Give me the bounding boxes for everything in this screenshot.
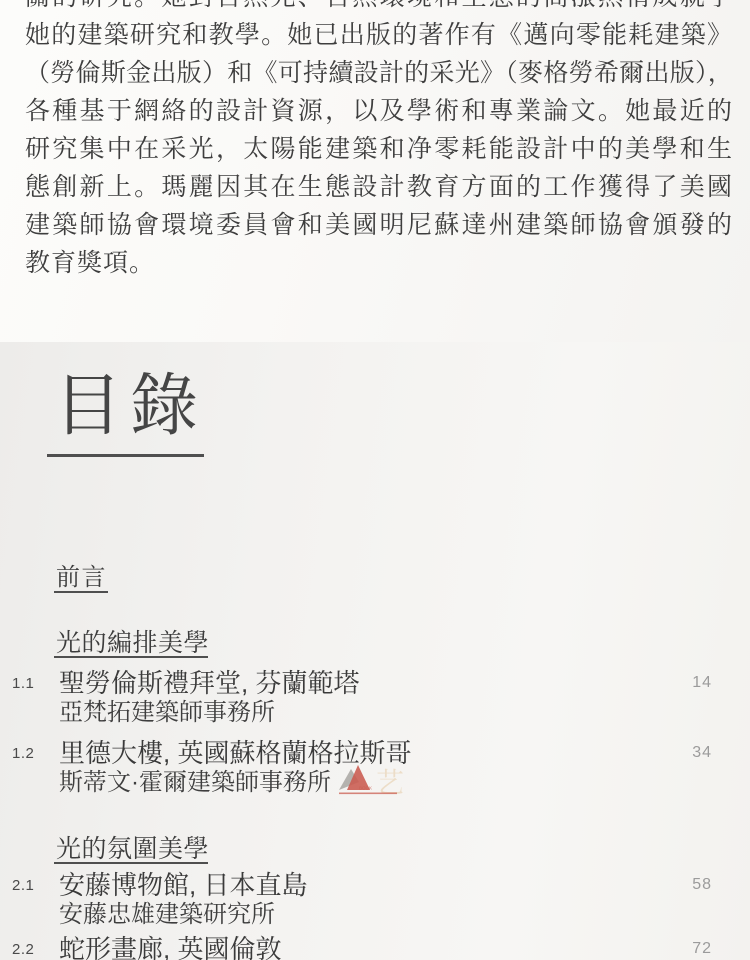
- toc-entry: 2.1 安藤博物館, 日本直島 58 安藤忠雄建築研究所: [12, 870, 712, 930]
- toc-entry-page: 58: [692, 870, 712, 900]
- toc-section: 目錄 前言 光的編排美學 1.1 聖勞倫斯禮拜堂, 芬蘭範塔 14 亞梵拓建築師…: [0, 342, 750, 960]
- toc-section-heading-underline: [54, 862, 208, 864]
- toc-section-heading: 光的氛圍美學: [56, 829, 209, 865]
- watermark-logo-label: BOOK: [359, 786, 372, 791]
- intro-paragraph: 關的研究。她對自然光、自然環境和生態的高漲熱情成就了 她的建築研究和教學。她已出…: [25, 0, 732, 282]
- toc-entry-page: 72: [692, 934, 712, 960]
- toc-preface-underline: [54, 591, 108, 593]
- toc-entry-subtitle: 安藤忠雄建築研究所: [59, 900, 692, 930]
- intro-line: 態創新上。瑪麗因其在生態設計教育方面的工作獲得了美國: [25, 168, 732, 206]
- toc-entry-number: 2.1: [12, 870, 59, 900]
- toc-entry-subtitle: 亞梵拓建築師事務所: [59, 698, 692, 728]
- intro-line: （勞倫斯金出版）和《可持續設計的采光》（麥格勞希爾出版），: [25, 54, 732, 92]
- intro-section: 關的研究。她對自然光、自然環境和生態的高漲熱情成就了 她的建築研究和教學。她已出…: [0, 0, 750, 342]
- toc-title-underline: [47, 454, 204, 457]
- toc-section-heading: 光的編排美學: [56, 623, 209, 659]
- toc-preface: 前言: [56, 557, 107, 592]
- toc-entry-page: 34: [692, 738, 712, 768]
- toc-section-heading-underline: [54, 656, 208, 658]
- toc-entry: 1.1 聖勞倫斯禮拜堂, 芬蘭範塔 14 亞梵拓建築師事務所: [12, 668, 712, 728]
- toc-entry-page: 14: [692, 668, 712, 698]
- toc-entry-number: 1.2: [12, 738, 59, 768]
- intro-line: 教育獎項。: [25, 244, 732, 282]
- toc-entry: 2.2 蛇形畫廊, 英國倫敦 72: [12, 934, 712, 960]
- watermark-underline: [339, 793, 397, 795]
- intro-line: 各種基于網絡的設計資源，以及學術和專業論文。她最近的: [25, 92, 732, 130]
- intro-line: 關的研究。她對自然光、自然環境和生態的高漲熱情成就了: [25, 0, 732, 16]
- intro-line: 建築師協會環境委員會和美國明尼蘇達州建築師協會頒發的: [25, 206, 732, 244]
- toc-entry-number: 2.2: [12, 934, 59, 960]
- intro-line: 她的建築研究和教學。她已出版的著作有《邁向零能耗建築》: [25, 16, 732, 54]
- intro-line: 研究集中在采光，太陽能建築和净零耗能設計中的美學和生: [25, 130, 732, 168]
- toc-page-title: 目錄: [54, 368, 206, 444]
- toc-entry-title: 蛇形畫廊, 英國倫敦: [59, 934, 692, 960]
- book-page-photo: 關的研究。她對自然光、自然環境和生態的高漲熱情成就了 她的建築研究和教學。她已出…: [0, 0, 750, 960]
- watermark: 艺 BOOK: [336, 763, 426, 801]
- toc-entry-title: 安藤博物館, 日本直島: [59, 870, 692, 900]
- toc-entry-title: 聖勞倫斯禮拜堂, 芬蘭範塔: [59, 668, 692, 698]
- toc-entry-number: 1.1: [12, 668, 59, 698]
